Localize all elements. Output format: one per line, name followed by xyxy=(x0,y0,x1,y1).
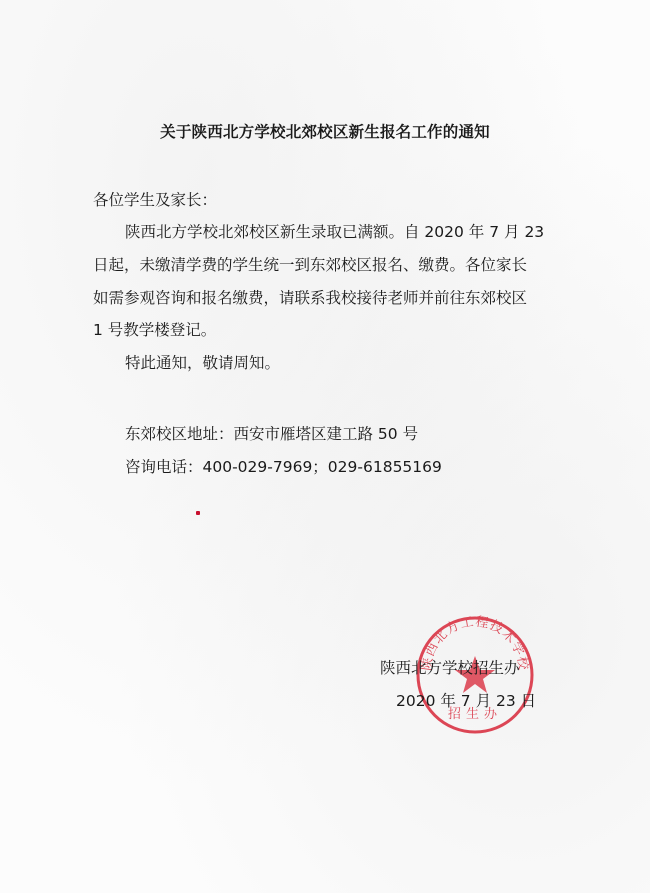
paragraph-1-line-1: 陕西北方学校北郊校区新生录取已满额。自 2020 年 7 月 23 xyxy=(125,222,544,242)
ink-spot xyxy=(196,511,200,515)
signature-date: 2020 年 7 月 23 日 xyxy=(396,689,536,711)
document-title: 关于陕西北方学校北郊校区新生报名工作的通知 xyxy=(0,120,650,142)
closing-remark: 特此通知，敬请周知。 xyxy=(125,353,280,373)
campus-address: 东郊校区地址：西安市雁塔区建工路 50 号 xyxy=(125,424,418,444)
signature-organization: 陕西北方学校招生办 xyxy=(380,656,520,678)
paragraph-1-line-3: 如需参观咨询和报名缴费，请联系我校接待老师并前往东郊校区 xyxy=(93,288,527,308)
greeting: 各位学生及家长： xyxy=(93,190,217,210)
paragraph-1-line-4: 1 号教学楼登记。 xyxy=(93,320,216,340)
paragraph-1-line-2: 日起，未缴清学费的学生统一到东郊校区报名、缴费。各位家长 xyxy=(93,255,527,275)
scanned-page: 关于陕西北方学校北郊校区新生报名工作的通知 各位学生及家长： 陕西北方学校北郊校… xyxy=(0,0,650,893)
contact-phone: 咨询电话：400-029-7969；029-61855169 xyxy=(125,457,442,477)
